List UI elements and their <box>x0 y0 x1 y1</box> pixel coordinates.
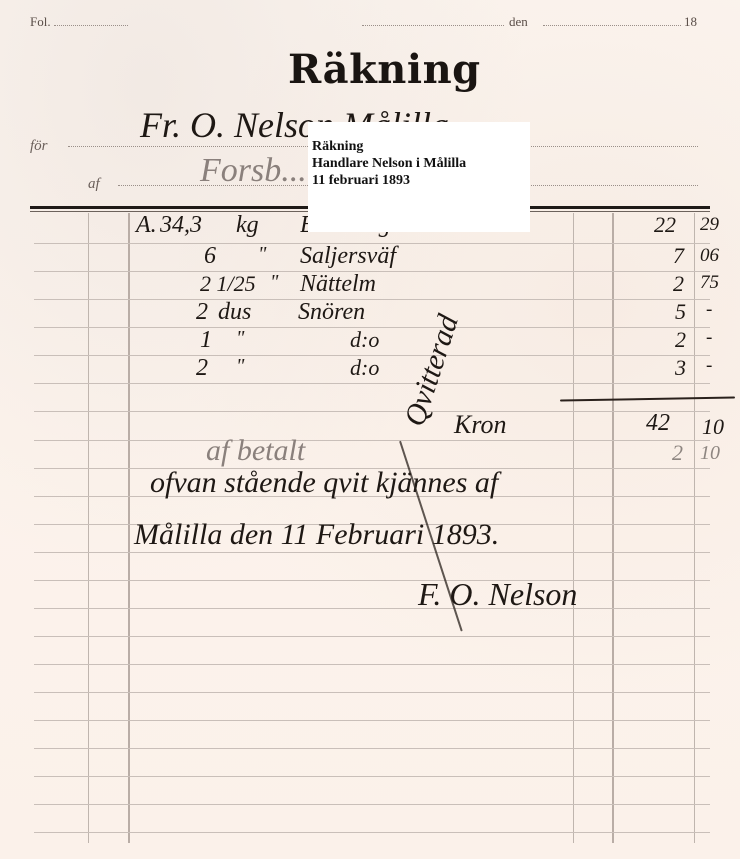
den-label: den <box>509 14 528 30</box>
item-unit: " <box>236 327 244 350</box>
fol-dotted-line <box>54 25 128 26</box>
item-description: Saljersväf <box>300 243 396 270</box>
item-ore: 29 <box>700 214 719 236</box>
item-description: Snören <box>298 299 365 326</box>
total-label: Kron <box>454 410 507 440</box>
receipt-line-2: Målilla den 11 Februari 1893. <box>134 518 499 552</box>
fol-label: Fol. <box>30 14 51 30</box>
ruled-line <box>34 720 710 721</box>
item-qty: 6 <box>204 243 216 270</box>
item-kronor: 3 <box>675 355 686 381</box>
discount-kronor: 2 <box>672 440 683 466</box>
signature: F. O. Nelson <box>418 576 577 613</box>
item-qty: 2 <box>196 299 208 326</box>
item-unit: " <box>270 271 278 294</box>
item-unit: dus <box>218 299 251 326</box>
item-unit: " <box>236 355 244 378</box>
item-ore: 75 <box>700 272 719 294</box>
ruled-line <box>34 636 710 637</box>
item-unit: kg <box>236 212 259 239</box>
ruled-line <box>34 608 710 609</box>
ruled-line <box>34 383 710 384</box>
item-ore: - <box>706 299 712 321</box>
item-kronor: 22 <box>654 212 676 238</box>
ruled-line <box>34 748 710 749</box>
item-description: d:o <box>350 355 379 381</box>
item-kronor: 5 <box>675 299 686 325</box>
item-description: d:o <box>350 327 379 353</box>
annotation-line-3: 11 februari 1893 <box>312 172 530 189</box>
item-kronor: 2 <box>675 327 686 353</box>
page-title: Räkning <box>288 46 481 93</box>
ruled-line <box>34 832 710 833</box>
for-label: för <box>30 138 48 155</box>
total-kronor: 42 <box>646 410 670 437</box>
ruled-line <box>34 804 710 805</box>
date-dotted-line <box>543 25 681 26</box>
discount-ore: 10 <box>700 442 720 465</box>
item-qty: 2 <box>196 355 208 382</box>
item-ore: 06 <box>700 245 719 267</box>
ruled-line <box>34 299 710 300</box>
ruled-line <box>34 692 710 693</box>
item-unit: " <box>258 243 266 266</box>
af-value: Forsb... <box>200 152 307 190</box>
item-qty: 2 1/25 <box>200 271 256 297</box>
place-dotted-line <box>362 25 504 26</box>
item-qty: 34,3 <box>160 212 202 239</box>
annotation-line-1: Räkning <box>312 138 530 155</box>
item-ore: - <box>706 327 712 349</box>
item-kronor: 7 <box>673 243 684 269</box>
ruled-line <box>34 776 710 777</box>
ruled-line <box>34 411 710 412</box>
item-kronor: 2 <box>673 271 684 297</box>
ruled-line <box>34 552 710 553</box>
discount-label: af betalt <box>206 434 305 468</box>
item-ore: - <box>706 355 712 377</box>
item-prefix: A. <box>136 212 157 239</box>
total-ore: 10 <box>702 414 724 440</box>
ruled-line <box>34 580 710 581</box>
ruled-line <box>34 440 710 441</box>
item-description: Nättelm <box>300 271 376 298</box>
item-qty: 1 <box>200 327 212 354</box>
af-label: af <box>88 176 100 193</box>
annotation-box: Räkning Handlare Nelson i Målilla 11 feb… <box>308 122 530 232</box>
annotation-line-2: Handlare Nelson i Målilla <box>312 155 530 172</box>
receipt-line-1: ofvan stående qvit kjännes af <box>150 466 498 500</box>
ruled-line <box>34 664 710 665</box>
year-prefix: 18 <box>684 14 697 30</box>
